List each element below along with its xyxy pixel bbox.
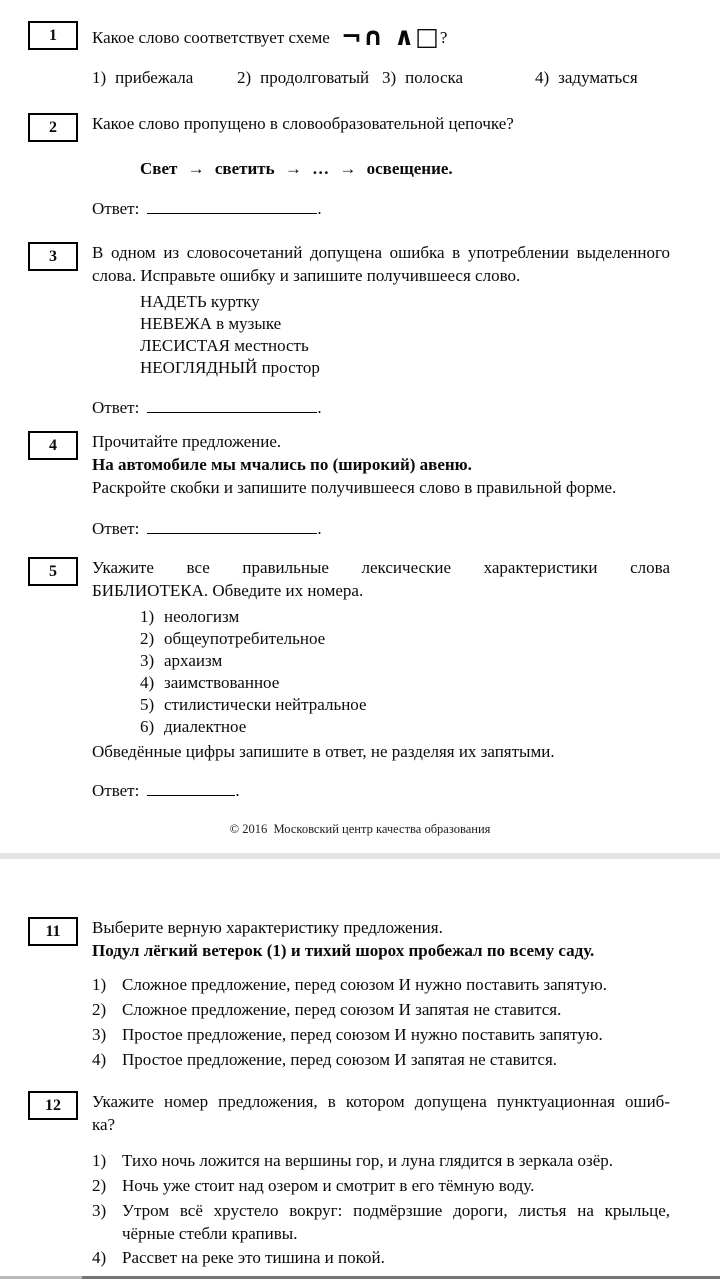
list-item: НЕОГЛЯДНЫЙ простор [140,357,670,379]
option-row: 2)общеупотребительное [140,628,670,650]
option-number: 1) [92,68,106,87]
option-label: Простое предложение, перед союзом И запя… [122,1048,670,1072]
answer-period: . [235,781,239,800]
answer-row: Ответ:. [92,196,670,221]
answer-period: . [317,199,321,218]
option-row: 1)Тихо ночь ложится на вершины гор, и лу… [92,1149,670,1173]
phrase-list: НАДЕТЬ куртку НЕВЕЖА в музыке ЛЕСИСТАЯ м… [92,291,670,379]
option-row: 1)прибежала [92,66,193,89]
option-label: Сложное предложение, перед союзом И нужн… [122,973,670,997]
page-bottom-edge-light [0,1276,82,1279]
option-row: 4)заимствованное [140,672,670,694]
prompt-suffix: ? [440,28,448,47]
answer-label: Ответ: [92,519,139,538]
option-label: полоска [405,68,463,87]
answer-period: . [317,398,321,417]
question-12-options: 1)Тихо ночь ложится на вершины гор, и лу… [92,1149,670,1270]
option-number: 5) [140,694,164,716]
option-row: 2)Сложное предложение, перед союзом И за… [92,998,670,1022]
question-2-prompt: Какое слово пропущено в словообразовател… [92,112,670,135]
option-number: 6) [140,716,164,738]
option-row: 4)задуматься [535,66,638,89]
question-11-body: Выберите верную характеристику предложен… [92,916,670,1073]
prompt-line: слова. Исправьте ошибку и запишите получ… [92,264,670,287]
option-row: 3)архаизм [140,650,670,672]
question-11-number-box: 11 [28,917,78,946]
option-number: 1) [92,973,122,997]
option-row: 1)неологизм [140,606,670,628]
option-number: 1) [92,1149,122,1173]
option-label: Простое предложение, перед союзом И нужн… [122,1023,670,1047]
answer-blank [147,200,317,214]
option-number: 2) [237,68,251,87]
question-11-prompt: Выберите верную характеристику предложен… [92,916,670,939]
question-3-body: В одном из словосочетаний допущена ошибк… [92,241,670,420]
prompt-line: БИБЛИОТЕКА. Обведите их номера. [92,579,670,602]
option-label: неологизм [164,606,239,628]
option-line: чёрные стебли крапивы. [122,1222,670,1245]
question-3: 3 В одном из словосочетаний допущена оши… [28,241,670,420]
option-number: 3) [140,650,164,672]
word-formation-chain: Свет → светить → … → освещение. [92,157,670,180]
question-number: 11 [45,923,60,940]
question-12: 12 Укажите номер предложения, в котором … [28,1090,670,1271]
question-4-body: Прочитайте предложение. На автомобиле мы… [92,430,670,541]
option-label: Ночь уже стоит над озером и смотрит в ег… [122,1174,670,1198]
option-number: 4) [92,1246,122,1270]
option-number: 4) [535,68,549,87]
option-label: архаизм [164,650,222,672]
option-row: 1)Сложное предложение, перед союзом И ну… [92,973,670,997]
option-number: 2) [140,628,164,650]
option-row: 3)Простое предложение, перед союзом И ну… [92,1023,670,1047]
answer-blank [147,782,235,796]
answer-period: . [317,519,321,538]
option-label: заимствованное [164,672,279,694]
option-label: Сложное предложение, перед союзом И запя… [122,998,670,1022]
list-item: ЛЕСИСТАЯ местность [140,335,670,357]
option-row: 2)продолговатый [237,66,369,89]
option-number: 4) [92,1048,122,1072]
option-row: 4)Рассвет на реке это тишина и покой. [92,1246,670,1270]
question-5-options: 1)неологизм 2)общеупотребительное 3)арха… [92,606,670,738]
example-sentence: Подул лёгкий ветерок (1) и тихий шорох п… [92,939,670,962]
option-number: 3) [382,68,396,87]
option-label: Тихо ночь ложится на вершины гор, и луна… [122,1149,670,1173]
prompt-line: В одном из словосочетаний допущена ошибк… [92,241,670,264]
question-11: 11 Выберите верную характеристику предло… [28,916,670,1073]
answer-blank [147,520,317,534]
option-row: 3)полоска [382,66,463,89]
option-label: прибежала [115,68,193,87]
question-12-body: Укажите номер предложения, в котором доп… [92,1090,670,1271]
question-number: 2 [49,119,57,136]
question-number: 5 [49,563,57,580]
answer-blank [147,399,317,413]
list-item: НЕВЕЖА в музыке [140,313,670,335]
question-2-body: Какое слово пропущено в словообразовател… [92,112,670,221]
option-number: 1) [140,606,164,628]
question-number: 1 [49,27,57,44]
page-separator [0,853,720,859]
question-4-instruction: Раскройте скобки и запишите получившееся… [92,476,670,499]
example-sentence: На автомобиле мы мчались по (широкий) ав… [92,453,670,476]
question-3-number-box: 3 [28,242,78,271]
question-5-number-box: 5 [28,557,78,586]
answer-label: Ответ: [92,199,139,218]
question-11-options: 1)Сложное предложение, перед союзом И ну… [92,973,670,1072]
page-bottom-edge [0,1276,720,1280]
option-label: диалектное [164,716,246,738]
list-item: НАДЕТЬ куртку [140,291,670,313]
question-5-instruction: Обведённые цифры запишите в ответ, не ра… [92,740,670,763]
option-label: задуматься [558,68,637,87]
question-number: 12 [45,1097,61,1114]
option-row: 4)Простое предложение, перед союзом И за… [92,1048,670,1072]
option-label: Рассвет на реке это тишина и покой. [122,1246,670,1270]
page-footer-copyright: © 2016 Московский центр качества образов… [0,822,720,837]
question-4-prompt: Прочитайте предложение. [92,430,670,453]
page-bottom-edge-dark [82,1276,720,1279]
exam-document: 1 Какое слово соответствует схеме ¬∩ ∧□?… [0,0,720,1280]
option-line: Утром всё хрустело вокруг: подмёрзшие до… [122,1199,670,1222]
option-label: общеупотребительное [164,628,325,650]
question-2-number-box: 2 [28,113,78,142]
question-1-options: 1)прибежала 2)продолговатый 3)полоска 4)… [92,66,670,91]
option-label: Утром всё хрустело вокруг: подмёрзшие до… [122,1199,670,1245]
option-number: 4) [140,672,164,694]
question-number: 3 [49,248,57,265]
prompt-text: Какое слово соответствует схеме [92,28,330,47]
answer-label: Ответ: [92,781,139,800]
prompt-line: ка? [92,1113,670,1136]
question-1: 1 Какое слово соответствует схеме ¬∩ ∧□?… [28,20,670,91]
question-5: 5 Укажите все правильные лексические хар… [28,556,670,803]
option-row: 6)диалектное [140,716,670,738]
option-row: 3) Утром всё хрустело вокруг: подмёрзшие… [92,1199,670,1245]
question-2: 2 Какое слово пропущено в словообразоват… [28,112,670,221]
prompt-line: Укажите номер предложения, в котором доп… [92,1090,670,1113]
answer-row: Ответ:. [92,516,670,541]
prompt-line: Укажите все правильные лексические харак… [92,556,670,579]
morpheme-scheme: ¬∩ ∧□ [341,22,440,51]
option-number: 3) [92,1023,122,1047]
option-label: стилистически нейтральное [164,694,367,716]
question-5-body: Укажите все правильные лексические харак… [92,556,670,803]
answer-row: Ответ:. [92,395,670,420]
question-4-number-box: 4 [28,431,78,460]
question-1-body: Какое слово соответствует схеме ¬∩ ∧□? 1… [92,20,670,91]
answer-label: Ответ: [92,398,139,417]
question-number: 4 [49,437,57,454]
option-label: продолговатый [260,68,369,87]
option-number: 2) [92,1174,122,1198]
answer-row: Ответ:. [92,778,670,803]
question-1-prompt: Какое слово соответствует схеме ¬∩ ∧□? [92,20,670,55]
question-4: 4 Прочитайте предложение. На автомобиле … [28,430,670,541]
option-number: 2) [92,998,122,1022]
option-row: 2)Ночь уже стоит над озером и смотрит в … [92,1174,670,1198]
question-12-number-box: 12 [28,1091,78,1120]
option-number: 3) [92,1199,122,1245]
question-1-number-box: 1 [28,21,78,50]
option-row: 5)стилистически нейтральное [140,694,670,716]
